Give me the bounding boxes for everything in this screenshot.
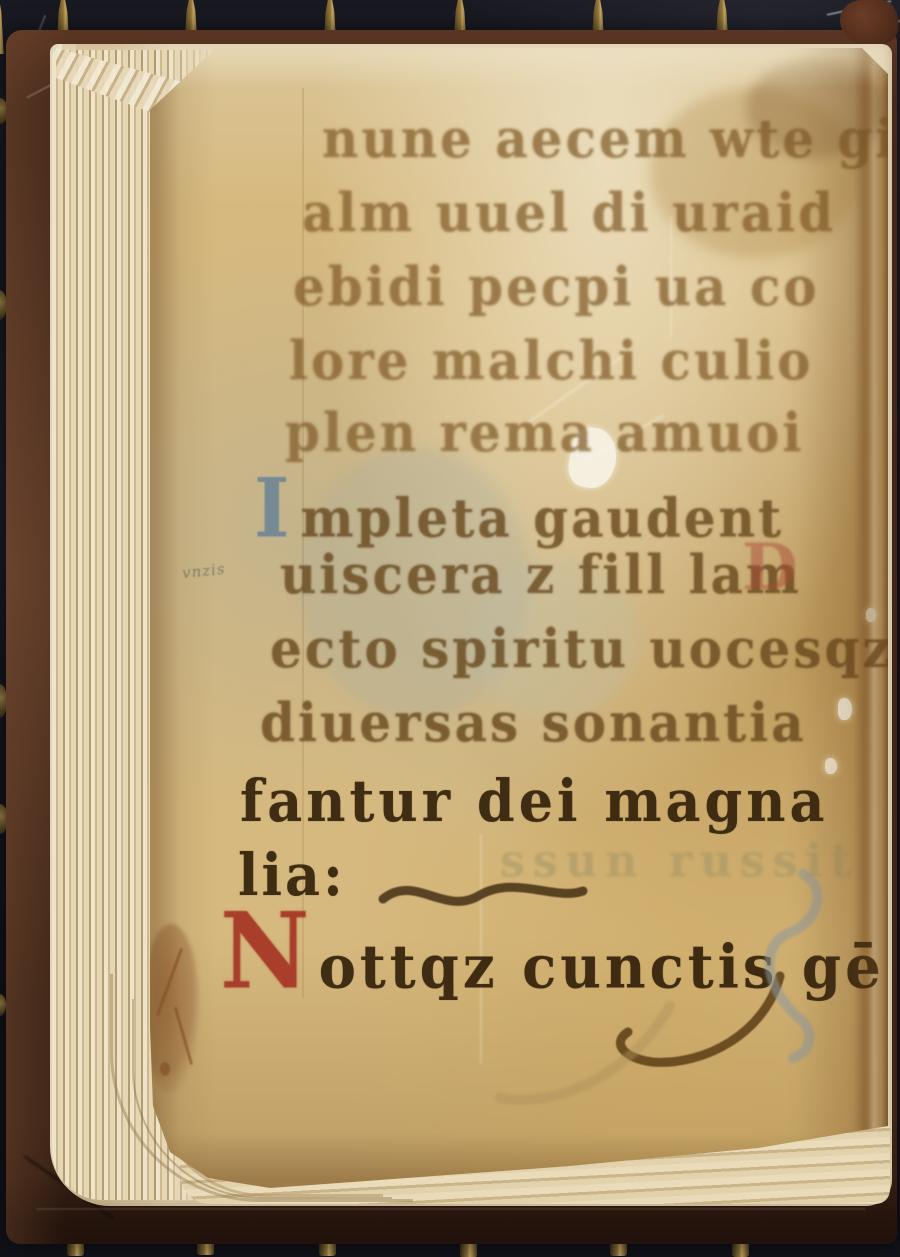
line-text: uiscera z fill lam (280, 543, 802, 606)
rubricated-initial-red: D (742, 536, 798, 600)
manuscript-text-line: fantur dei magna (240, 772, 829, 830)
ghost-flourish (470, 988, 690, 1138)
line-text: fantur dei magna (240, 767, 829, 835)
line-text: plen rema amuoi (285, 401, 804, 464)
manuscript-page: nune aecem wte gid alm uuel di uraid ebi… (150, 48, 888, 1188)
manuscript-text-line: ecto spiritu uocesqz (270, 622, 894, 676)
flaked-spot (838, 698, 852, 720)
manuscript-text-line: ebidi pecpi ua co (293, 260, 820, 314)
line-text: mpleta gaudent (301, 486, 785, 549)
manuscript-photo: nune aecem wte gid alm uuel di uraid ebi… (0, 0, 900, 1257)
line-text: lore malchi culio (289, 329, 814, 392)
line-text: ecto spiritu uocesqz (270, 617, 894, 680)
manuscript-text-line: nune aecem wte gid (322, 112, 900, 166)
line-text: diuersas sonantia (260, 691, 807, 754)
manuscript-text-line: lore malchi culio (289, 334, 814, 388)
illuminated-initial-blue: I (254, 461, 293, 556)
ghost-flourish (745, 860, 835, 1070)
manuscript-text-line: plen rema amuoi (285, 406, 804, 460)
manuscript-text-line: uiscera z fill lam (280, 548, 802, 602)
manuscript-text-line: Impleta gaudent (254, 468, 784, 549)
line-text: ebidi pecpi ua co (293, 255, 820, 318)
line-text: alm uuel di uraid (302, 181, 836, 244)
edge-stain (160, 1062, 170, 1076)
cover-hem-highlight (36, 1208, 866, 1210)
line-text: nune aecem wte gid (322, 107, 900, 170)
rubricated-initial-red: N (220, 890, 313, 1013)
margin-annotation: vnzis (181, 560, 226, 582)
manuscript-text-line: diuersas sonantia (260, 696, 807, 750)
manuscript-text-line: alm uuel di uraid (302, 186, 836, 240)
